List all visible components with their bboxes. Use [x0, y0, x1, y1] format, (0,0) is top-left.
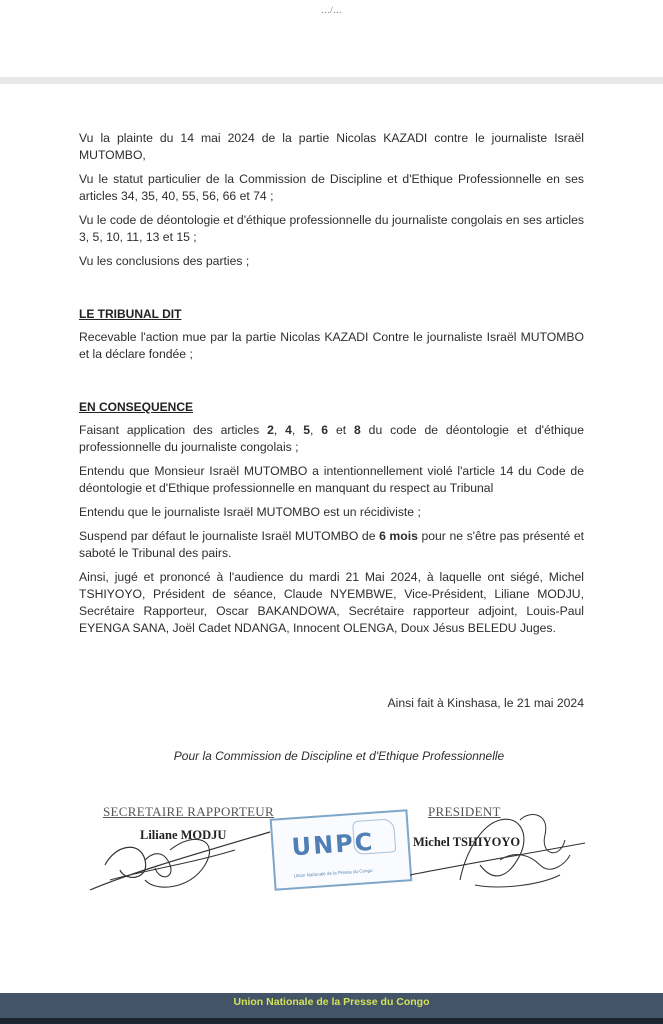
president-signature-icon: [400, 805, 590, 895]
heading-tribunal-dit: LE TRIBUNAL DIT: [79, 306, 584, 323]
stamp-subtitle: Union Nationale de la Presse du Congo: [294, 866, 394, 878]
suspension-ruling: Suspend par défaut le journaliste Israël…: [79, 528, 584, 562]
article-number: 2: [267, 423, 274, 437]
unpc-stamp: UNPC Union Nationale de la Presse du Con…: [270, 809, 413, 890]
footer-organization-banner: Union Nationale de la Presse du Congo: [0, 993, 663, 1018]
heading-en-consequence: EN CONSEQUENCE: [79, 399, 584, 416]
article-number: 8: [354, 423, 361, 437]
consideration-conclusions: Vu les conclusions des parties ;: [79, 253, 584, 270]
judgment-panel: Ainsi, jugé et prononcé à l'audience du …: [79, 569, 584, 637]
page-separator: [0, 77, 663, 84]
articles-application: Faisant application des articles 2, 4, 5…: [79, 422, 584, 456]
secretary-signature-icon: [85, 820, 275, 900]
commission-signature-line: Pour la Commission de Discipline et d'Et…: [79, 749, 584, 763]
document-body: Vu la plainte du 14 mai 2024 de la parti…: [79, 130, 584, 644]
secretary-title: SECRETAIRE RAPPORTEUR: [103, 804, 274, 820]
recidivist-finding: Entendu que le journaliste Israël MUTOMB…: [79, 504, 584, 521]
consideration-complaint: Vu la plainte du 14 mai 2024 de la parti…: [79, 130, 584, 164]
footer-bottom-strip: [0, 1018, 663, 1024]
violation-finding: Entendu que Monsieur Israël MUTOMBO a in…: [79, 463, 584, 497]
stamp-logo: UNPC: [291, 828, 376, 862]
tribunal-ruling: Recevable l'action mue par la partie Nic…: [79, 329, 584, 363]
article-number: 4: [285, 423, 292, 437]
article-number: 5: [303, 423, 310, 437]
consideration-statute: Vu le statut particulier de la Commissio…: [79, 171, 584, 205]
consideration-code: Vu le code de déontologie et d'éthique p…: [79, 212, 584, 246]
place-and-date: Ainsi fait à Kinshasa, le 21 mai 2024: [79, 696, 584, 710]
suspension-duration: 6 mois: [379, 529, 418, 543]
page-continuation-marker: …/…: [0, 5, 663, 15]
